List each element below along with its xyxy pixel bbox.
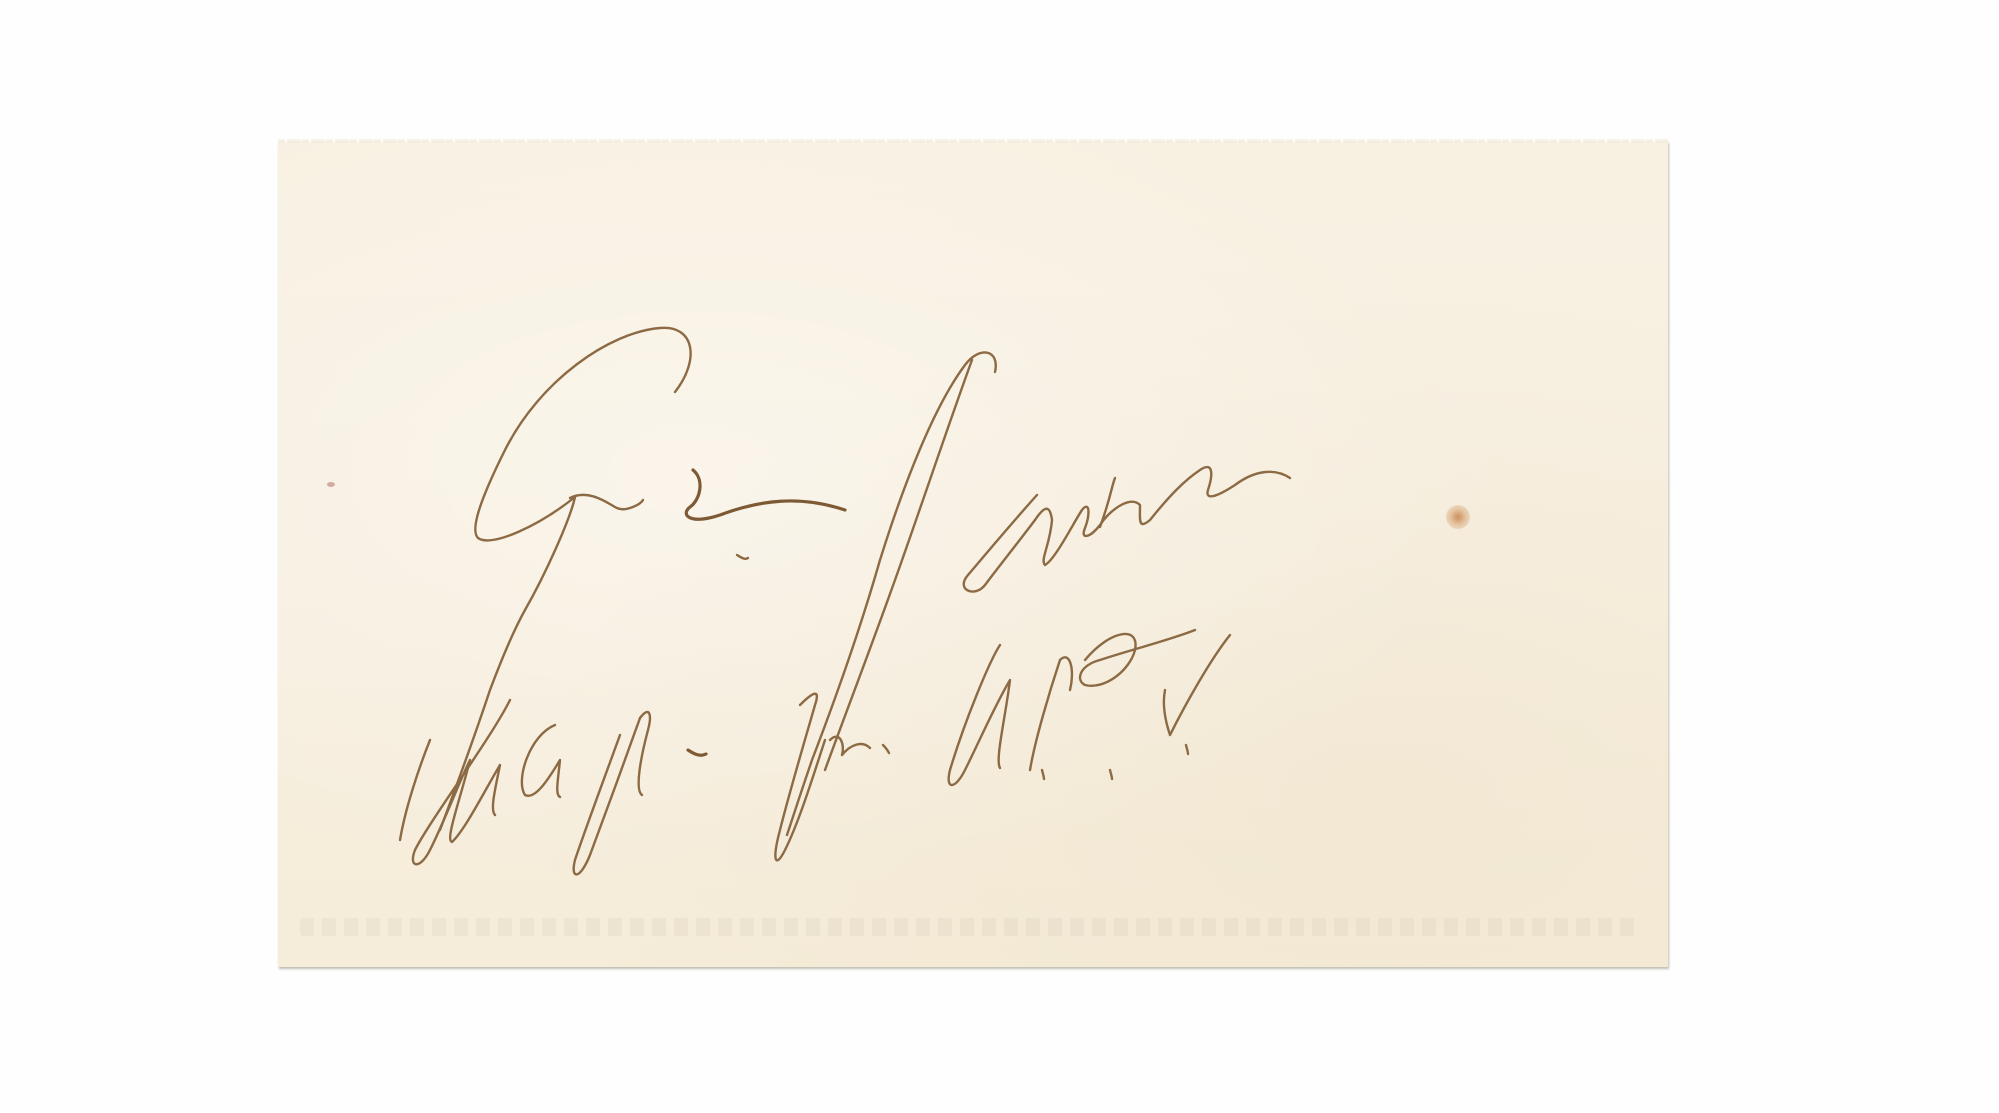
ink-speck xyxy=(327,482,335,487)
foxing-stain xyxy=(1446,505,1470,529)
show-through-print xyxy=(300,918,1640,936)
autograph-card xyxy=(278,141,1668,967)
